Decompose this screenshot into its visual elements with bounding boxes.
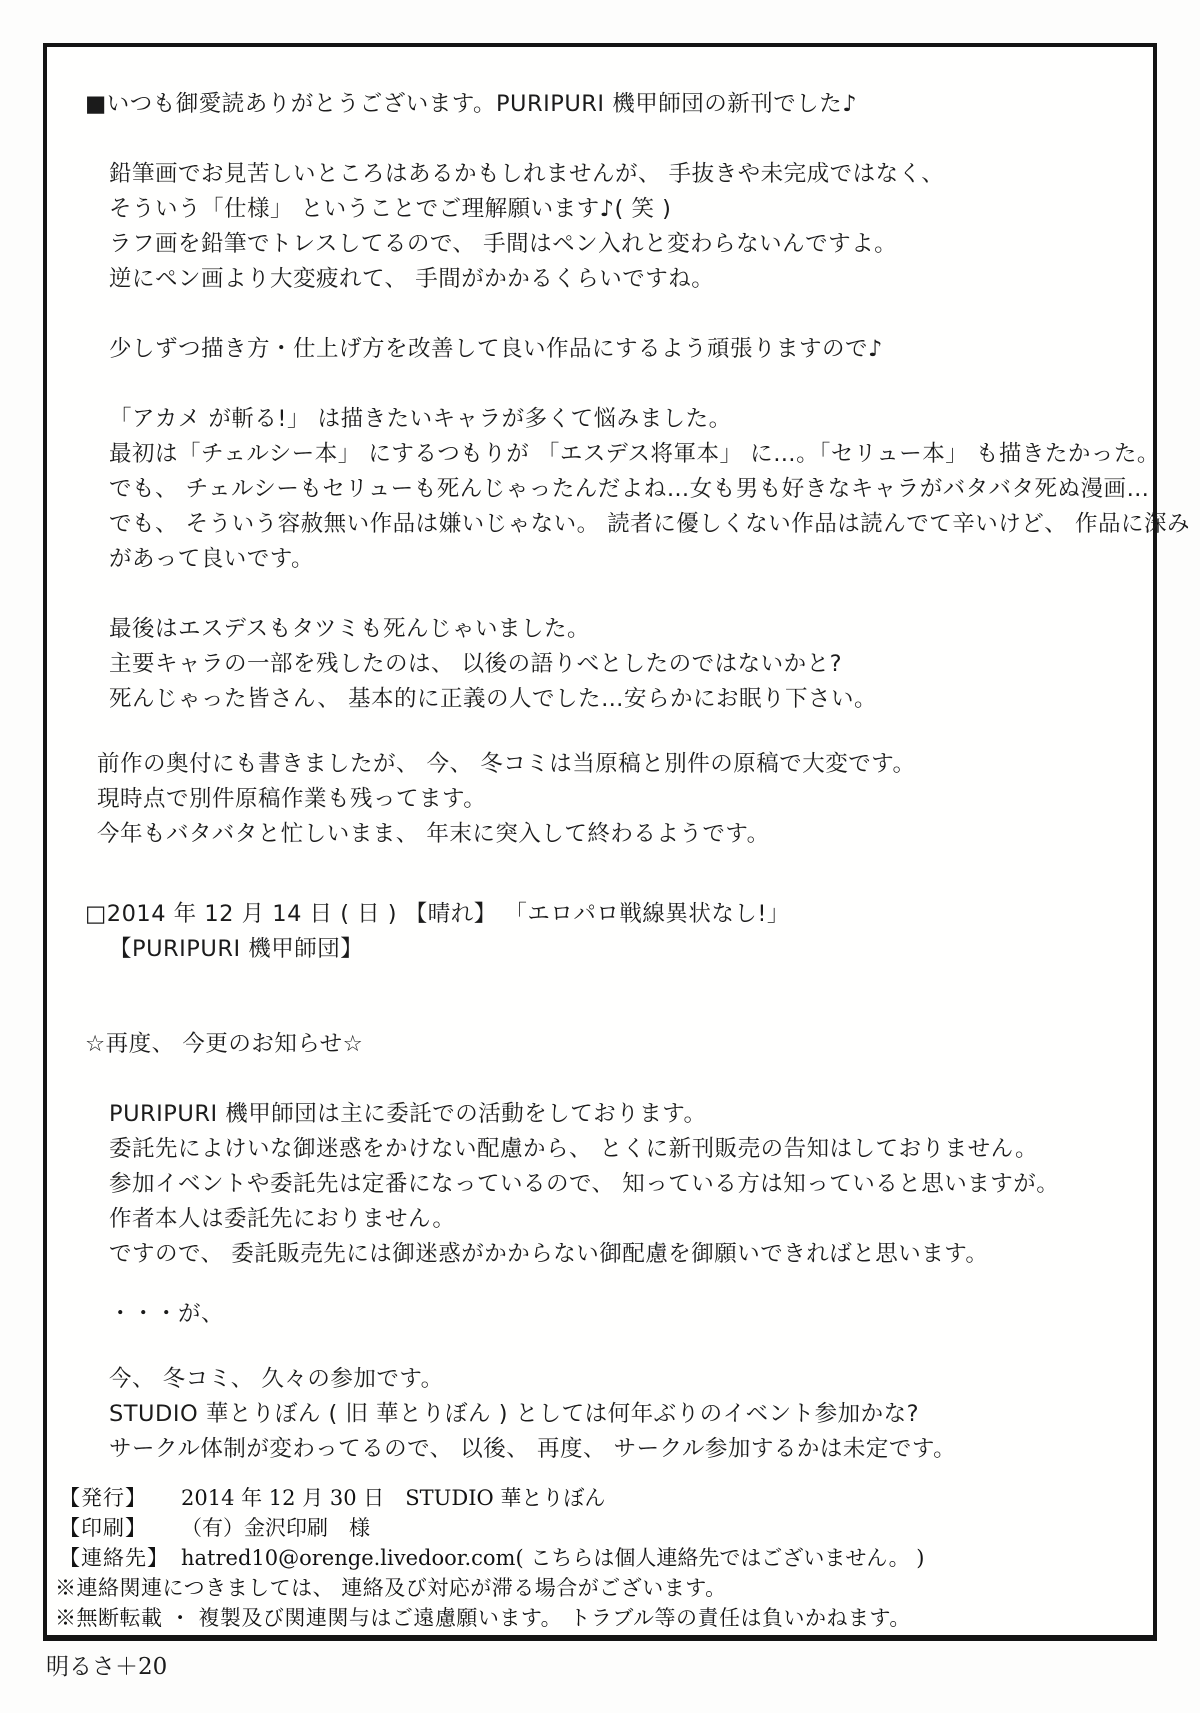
printer-label: 【印刷】 bbox=[59, 1513, 181, 1543]
colophon-section: 【発行】 2014 年 12 月 30 日 STUDIO 華とりぼん 【印刷】 … bbox=[47, 1483, 1153, 1633]
text-line: サークル体制が変わってるので、 以後、 再度、 サークル参加するかは未定です。 bbox=[47, 1432, 1153, 1467]
notice-heading: ☆再度、 今更のお知らせ☆ bbox=[47, 1027, 1153, 1062]
text-line: 少しずつ描き方・仕上げ方を改善して良い作品にするよう頑張りますので♪ bbox=[47, 332, 1153, 367]
colophon-row-publisher: 【発行】 2014 年 12 月 30 日 STUDIO 華とりぼん bbox=[47, 1483, 1153, 1513]
text-line: でも、 チェルシーもセリューも死んじゃったんだよね…女も男も好きなキャラがバタバ… bbox=[47, 472, 1153, 507]
text-line: PURIPURI 機甲師団は主に委託での活動をしております。 bbox=[47, 1097, 1153, 1132]
text-line: 最初は「チェルシー本」 にするつもりが 「エスデス将軍本」 に…。「セリュー本」… bbox=[47, 437, 1153, 472]
circle-name-line: 【PURIPURI 機甲師団】 bbox=[47, 932, 1153, 967]
text-line: 死んじゃった皆さん、 基本的に正義の人でした…安らかにお眠り下さい。 bbox=[47, 682, 1153, 717]
page: ■いつも御愛読ありがとうございます。PURIPURI 機甲師団の新刊でした♪ 鉛… bbox=[0, 0, 1200, 1713]
text-line: 前作の奥付にも書きましたが、 今、 冬コミは当原稿と別件の原稿で大変です。 bbox=[47, 747, 1153, 782]
body-text: ■いつも御愛読ありがとうございます。PURIPURI 機甲師団の新刊でした♪ 鉛… bbox=[47, 87, 1153, 1467]
text-line: ですので、 委託販売先には御迷惑がかからない御配慮を御願いできればと思います。 bbox=[47, 1237, 1153, 1272]
text-line: 今年もバタバタと忙しいまま、 年末に突入して終わるようです。 bbox=[47, 817, 1153, 852]
greeting-line: ■いつも御愛読ありがとうございます。PURIPURI 機甲師団の新刊でした♪ bbox=[47, 87, 1153, 122]
text-line: 逆にペン画より大変疲れて、 手間がかかるくらいですね。 bbox=[47, 262, 1153, 297]
text-line: ・・・が、 bbox=[47, 1297, 1153, 1332]
text-line: 最後はエスデスもタツミも死んじゃいました。 bbox=[47, 612, 1153, 647]
colophon-row-contact: 【連絡先】 hatred10@orenge.livedoor.com( こちらは… bbox=[47, 1543, 1153, 1573]
diary-date-line: □2014 年 12 月 14 日 ( 日 ) 【晴れ】 「エロパロ戦線異状なし… bbox=[47, 897, 1153, 932]
text-line: STUDIO 華とりぼん ( 旧 華とりぼん ) としては何年ぶりのイベント参加… bbox=[47, 1397, 1153, 1432]
text-line: 今、 冬コミ、 久々の参加です。 bbox=[47, 1362, 1153, 1397]
publisher-label: 【発行】 bbox=[59, 1483, 181, 1513]
colophon-note: ※無断転載 ・ 複製及び関連関与はご遠慮願います。 トラブル等の責任は負いかねま… bbox=[47, 1603, 1153, 1633]
contact-email: hatred10@orenge.livedoor.com( こちらは個人連絡先で… bbox=[181, 1543, 1153, 1573]
content-frame: ■いつも御愛読ありがとうございます。PURIPURI 機甲師団の新刊でした♪ 鉛… bbox=[43, 43, 1157, 1641]
text-line: 「アカメ が斬る!」 は描きたいキャラが多くて悩みました。 bbox=[47, 402, 1153, 437]
text-line: そういう「仕様」 ということでご理解願います♪( 笑 ) bbox=[47, 192, 1153, 227]
publisher-value: 2014 年 12 月 30 日 STUDIO 華とりぼん bbox=[181, 1483, 1153, 1513]
colophon-row-printer: 【印刷】 （有）金沢印刷 様 bbox=[47, 1513, 1153, 1543]
text-line: 現時点で別件原稿作業も残ってます。 bbox=[47, 782, 1153, 817]
text-line: ラフ画を鉛筆でトレスしてるので、 手間はペン入れと変わらないんですよ。 bbox=[47, 227, 1153, 262]
text-line: 作者本人は委託先におりません。 bbox=[47, 1202, 1153, 1237]
text-line: 参加イベントや委託先は定番になっているので、 知っている方は知っていると思います… bbox=[47, 1167, 1153, 1202]
text-line: 委託先によけいな御迷惑をかけない配慮から、 とくに新刊販売の告知はしておりません… bbox=[47, 1132, 1153, 1167]
printer-value: （有）金沢印刷 様 bbox=[181, 1513, 1153, 1543]
text-line: 主要キャラの一部を残したのは、 以後の語りべとしたのではないかと? bbox=[47, 647, 1153, 682]
text-line: 鉛筆画でお見苦しいところはあるかもしれませんが、 手抜きや未完成ではなく、 bbox=[47, 157, 1153, 192]
text-line: があって良いです。 bbox=[47, 542, 1153, 577]
text-line: でも、 そういう容赦無い作品は嫌いじゃない。 読者に優しくない作品は読んでて辛い… bbox=[47, 507, 1153, 542]
scan-brightness-note: 明るさ＋20 bbox=[46, 1648, 167, 1681]
colophon-note: ※連絡関連につきましては、 連絡及び対応が滞る場合がございます。 bbox=[47, 1573, 1153, 1603]
contact-label: 【連絡先】 bbox=[59, 1543, 181, 1573]
